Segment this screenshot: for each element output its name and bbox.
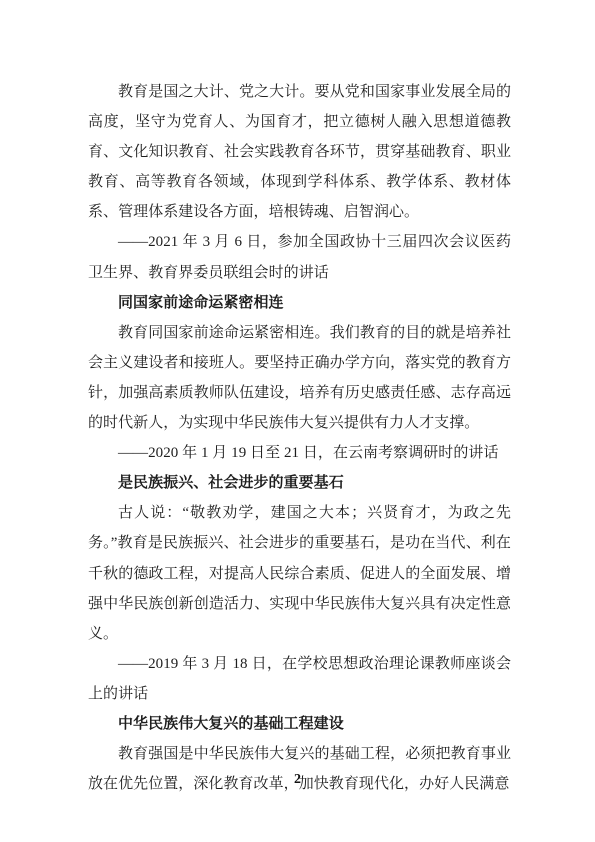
section-heading: 中华民族伟大复兴的基础工程建设 (88, 709, 511, 739)
body-paragraph: 教育同国家前途命运紧密相连。我们教育的目的就是培养社会主义建设者和接班人。要坚持… (88, 318, 511, 438)
quote-source-line: ——2020 年 1 月 19 日至 21 日，在云南考察调研时的讲话 (88, 438, 511, 468)
quote-source-line: ——2019 年 3 月 18 日，在学校思想政治理论课教师座谈会上的讲话 (88, 649, 511, 709)
page-number: 2 (0, 772, 595, 788)
page-content: 教育是国之大计、党之大计。要从党和国家事业发展全局的高度，坚守为党育人、为国育才… (88, 77, 511, 799)
section-heading: 同国家前途命运紧密相连 (88, 288, 511, 318)
body-paragraph: 古人说：“敬教劝学，建国之大本；兴贤育才，为政之先务。”教育是民族振兴、社会进步… (88, 498, 511, 648)
body-paragraph: 教育是国之大计、党之大计。要从党和国家事业发展全局的高度，坚守为党育人、为国育才… (88, 77, 511, 227)
section-heading: 是民族振兴、社会进步的重要基石 (88, 468, 511, 498)
quote-source-line: ——2021 年 3 月 6 日，参加全国政协十三届四次会议医药卫生界、教育界委… (88, 227, 511, 287)
document-page: 教育是国之大计、党之大计。要从党和国家事业发展全局的高度，坚守为党育人、为国育才… (0, 0, 595, 842)
body-paragraph: 教育强国是中华民族伟大复兴的基础工程，必须把教育事业放在优先位置，深化教育改革，… (88, 739, 511, 799)
